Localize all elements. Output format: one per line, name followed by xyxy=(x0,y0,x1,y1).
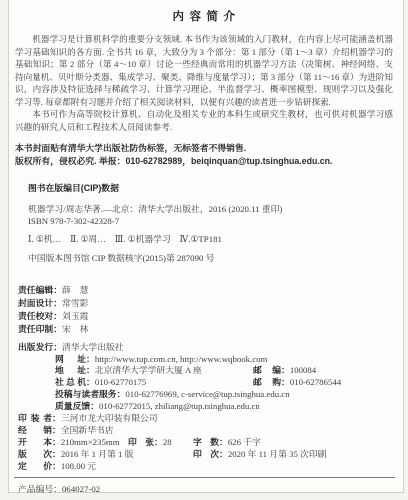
staff-row-proofreader: 责任校对：刘玉霞 xyxy=(18,310,393,323)
quality-feedback-row: 质量反馈：010-62772015, zhiliang@tup.tsinghua… xyxy=(18,401,393,413)
field-label: 邮购 xyxy=(253,377,281,389)
address-row: 地址：北京清华大学学研大厦 A 座邮编：100084 xyxy=(18,365,393,377)
address-value: 北京清华大学学研大厦 A 座 xyxy=(95,365,202,375)
colon: ： xyxy=(52,449,61,459)
field-value: 刘玉霞 xyxy=(62,311,88,321)
sheets-value: 28 xyxy=(163,437,172,447)
cip-heading: 图书在版编目(CIP)数据 xyxy=(28,181,393,194)
field-label: 开本 xyxy=(18,437,52,449)
wordcount-field: 字数：626 千字 xyxy=(193,437,261,449)
field-label: 责任校对 xyxy=(18,311,53,321)
footer-divider xyxy=(14,477,395,478)
price-row: 定价：108.00 元 xyxy=(18,461,393,473)
summary-paragraph-1: 机器学习是计算机科学的重要分支领域. 本书作为该领域的入门教材，在内容上尽可能涵… xyxy=(15,33,393,108)
feedback-value: 010-62772015, zhiliang@tup.tsinghua.edu.… xyxy=(99,401,260,411)
website-row: 网址：http://www.tup.com.cn, http://www.wqb… xyxy=(18,354,393,366)
colon: ： xyxy=(53,484,62,494)
field-label: 印装者 xyxy=(18,413,52,425)
field-label: 封面设计 xyxy=(18,298,53,308)
colon: ： xyxy=(154,437,163,447)
field-label: 版次 xyxy=(18,449,52,461)
colon: ： xyxy=(86,365,95,375)
colon: ： xyxy=(219,437,228,447)
product-number-row: 产品编号：064027-02 xyxy=(15,482,393,495)
postcode-field: 邮编：100084 xyxy=(253,365,316,377)
copyright-notice: 版权所有，侵权必究. 举报：010-62782989，beiqinquan@tu… xyxy=(15,155,393,168)
wordcount-value: 626 千字 xyxy=(228,437,261,447)
field-value: 宋 林 xyxy=(62,324,88,334)
colon: ： xyxy=(52,461,61,471)
printer-value: 三河市龙大印装有限公司 xyxy=(61,413,158,423)
colophon-page: 内容简介 机器学习是计算机科学的重要分支领域. 本书作为该领域的入门教材，在内容… xyxy=(0,0,408,500)
publisher-row: 出版发行：清华大学出版社 xyxy=(18,342,393,354)
field-label: 印次 xyxy=(193,449,219,461)
publisher-block: 出版发行：清华大学出版社 网址：http://www.tup.com.cn, h… xyxy=(15,342,393,413)
staff-block: 责任编辑：薛 慧 封面设计：常雪影 责任校对：刘玉霞 责任印制：宋 林 xyxy=(15,284,393,337)
staff-row-editor: 责任编辑：薛 慧 xyxy=(18,284,393,297)
cip-isbn: ISBN 978-7-302-42328-7 xyxy=(28,215,393,227)
field-label: 责任编辑 xyxy=(18,285,53,295)
colon: ： xyxy=(281,365,290,375)
format-value: 210mm×235mm xyxy=(61,437,120,447)
sheets-field: 印张：28 xyxy=(128,437,172,449)
cip-entry: 机器学习/周志华著.—北京：清华大学出版社，2016 (2020.11 重印) xyxy=(28,203,393,215)
colon: ： xyxy=(52,413,61,423)
cip-classification: Ⅰ. ①机… Ⅱ. ①周… Ⅲ. ①机器学习 Ⅳ.①TP181 xyxy=(28,233,393,245)
field-label: 质量反馈 xyxy=(55,401,90,411)
distributor-value: 全国新华书店 xyxy=(61,425,114,435)
field-label: 经销 xyxy=(18,425,52,437)
field-label: 字数 xyxy=(193,437,219,449)
postcode-value: 100084 xyxy=(290,365,316,375)
summary-paragraph-2: 本书可作为高等院校计算机、自动化及相关专业的本科生或研究生教材，也可供对机器学习… xyxy=(15,108,393,133)
reader-service-row: 投稿与读者服务：010-62776969, c-service@tup.tsin… xyxy=(18,389,393,401)
switchboard-value: 010-62770175 xyxy=(95,377,146,387)
field-label: 邮编 xyxy=(253,365,281,377)
mailorder-field: 邮购：010-62786544 xyxy=(253,377,341,389)
staff-row-print-supervisor: 责任印制：宋 林 xyxy=(18,323,393,336)
colon: ： xyxy=(281,377,290,387)
mailorder-value: 010-62786544 xyxy=(290,377,341,387)
price-value: 108.00 元 xyxy=(61,461,96,471)
field-label: 地址 xyxy=(55,365,86,377)
colon: ： xyxy=(53,342,62,352)
field-label: 产品编号 xyxy=(18,484,53,494)
colon: ： xyxy=(53,324,62,334)
colon: ： xyxy=(53,285,62,295)
field-value: 常雪影 xyxy=(62,298,88,308)
impression-field: 印次：2020 年 11 月第 35 次印刷 xyxy=(193,449,326,461)
impression-value: 2020 年 11 月第 35 次印刷 xyxy=(228,449,327,459)
field-label: 投稿与读者服务 xyxy=(55,389,117,399)
field-label: 责任印制 xyxy=(18,324,53,334)
legal-notice: 本书封面贴有清华大学出版社防伪标签，无标签者不得销售. 版权所有，侵权必究. 举… xyxy=(15,142,393,168)
field-label: 社总机 xyxy=(55,377,86,389)
distributor-row: 经销：全国新华书店 xyxy=(18,425,393,437)
printer-row: 印装者：三河市龙大印装有限公司 xyxy=(18,413,393,425)
colon: ： xyxy=(86,377,95,387)
field-label: 网址 xyxy=(55,354,86,366)
field-label: 印张 xyxy=(128,437,154,449)
colon: ： xyxy=(52,425,61,435)
field-label: 出版发行 xyxy=(18,342,53,352)
colon: ： xyxy=(219,449,228,459)
website-urls: http://www.tup.com.cn, http://www.wqbook… xyxy=(95,354,268,364)
format-row: 开本：210mm×235mm印张：28字数：626 千字 xyxy=(18,437,393,449)
page-content: 内容简介 机器学习是计算机科学的重要分支领域. 本书作为该领域的入门教材，在内容… xyxy=(15,0,393,495)
field-value: 薛 慧 xyxy=(62,285,88,295)
colon: ： xyxy=(52,437,61,447)
cip-block: 图书在版编目(CIP)数据 机器学习/周志华著.—北京：清华大学出版社，2016… xyxy=(15,181,393,264)
edition-row: 版次：2016 年 1 月第 1 版印次：2020 年 11 月第 35 次印刷 xyxy=(18,449,393,461)
edition-value: 2016 年 1 月第 1 版 xyxy=(61,449,134,459)
colon: ： xyxy=(86,354,95,364)
printing-block: 印装者：三河市龙大印装有限公司 经销：全国新华书店 开本：210mm×235mm… xyxy=(15,413,393,473)
field-label: 定价 xyxy=(18,461,52,473)
colon: ： xyxy=(53,298,62,308)
staff-row-cover-design: 封面设计：常雪影 xyxy=(18,297,393,310)
switchboard-row: 社总机：010-62770175邮购：010-62786544 xyxy=(18,377,393,389)
product-number-value: 064027-02 xyxy=(62,484,100,494)
publisher-name: 清华大学出版社 xyxy=(62,342,124,352)
anti-counterfeit-notice: 本书封面贴有清华大学出版社防伪标签，无标签者不得销售. xyxy=(15,142,393,155)
service-value: 010-62776969, c-service@tup.tsinghua.edu… xyxy=(125,389,289,399)
colon: ： xyxy=(90,401,99,411)
page-title: 内容简介 xyxy=(15,8,393,24)
cip-record-number: 中国版本图书馆 CIP 数据核字(2015)第 287090 号 xyxy=(28,252,393,264)
colon: ： xyxy=(53,311,62,321)
